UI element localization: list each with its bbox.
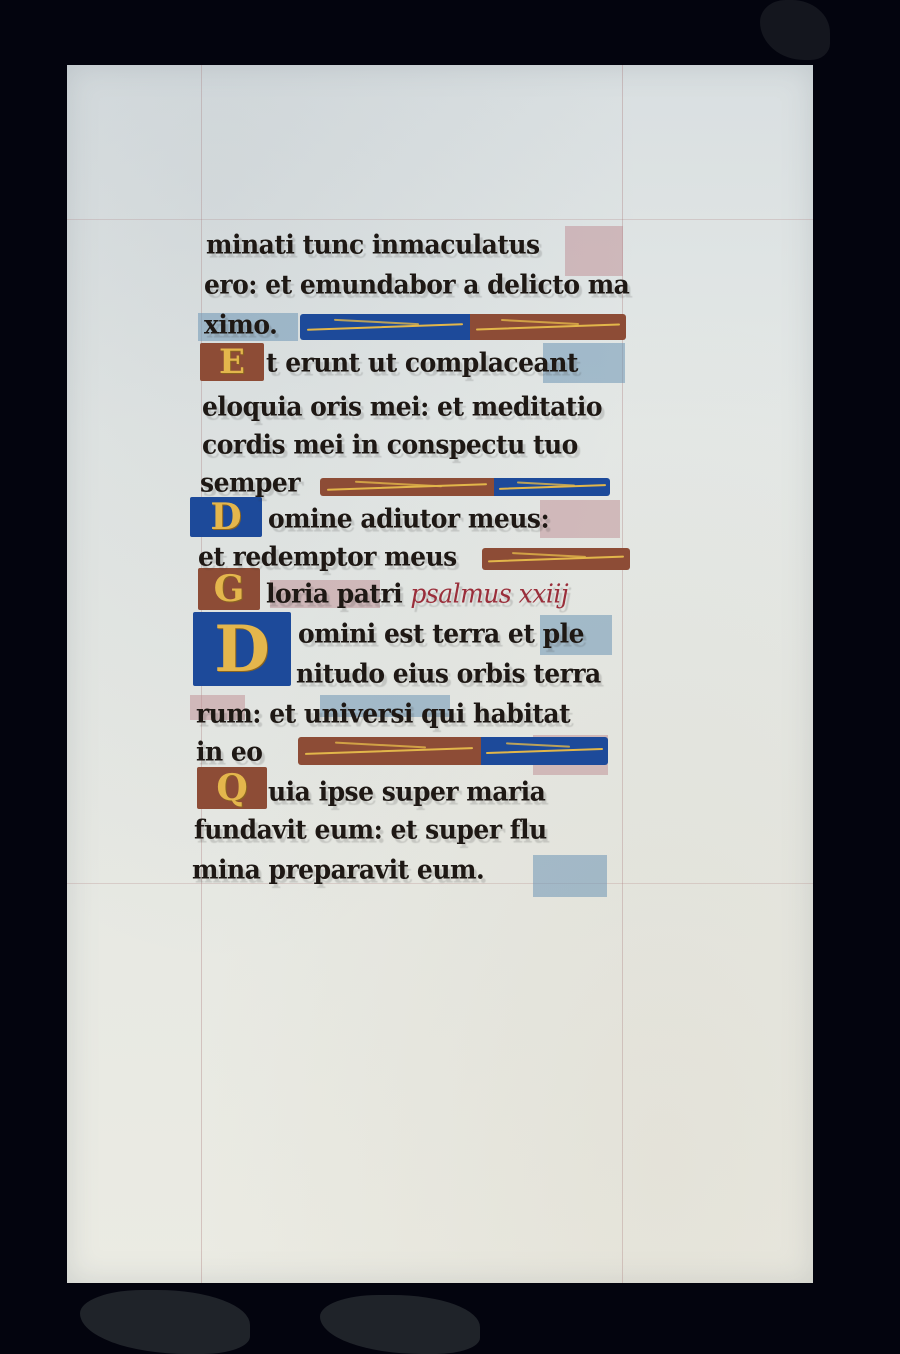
background-stain (760, 0, 830, 60)
text-line: semper (200, 465, 300, 501)
ruling-line (67, 219, 813, 220)
text-line: minati tunc inmaculatus (206, 227, 540, 263)
text-line: ero: et emundabor a delicto ma (204, 267, 629, 303)
illuminated-initial-e: E (200, 343, 264, 381)
text-line: et redemptor meus (198, 539, 457, 575)
line-filler (300, 314, 626, 340)
text-line: fundavit eum: et super flu (194, 812, 547, 848)
text-line: rum: et universi qui habitat (196, 696, 570, 732)
illuminated-initial-d-large: D (193, 612, 291, 686)
line-filler (320, 478, 610, 496)
text-line: eloquia oris mei: et meditatio (202, 389, 602, 425)
text-line: cordis mei in conspectu tuo (202, 427, 578, 463)
text-line: loria patri psalmus xxiij (266, 576, 568, 612)
illuminated-initial-d: D (190, 497, 262, 537)
line-end-tint (540, 500, 620, 538)
rubric-psalm-heading: psalmus xxiij (410, 578, 568, 608)
text-line: uia ipse super maria (268, 774, 545, 810)
text-line: omini est terra et ple (298, 616, 584, 652)
text-line: omine adiutor meus: (268, 501, 549, 537)
text-line: mina preparavit eum. (192, 852, 484, 888)
text-line: ximo. (204, 307, 277, 343)
background-stain (80, 1290, 250, 1354)
line-end-tint (533, 855, 607, 897)
text-line: nitudo eius orbis terra (296, 656, 601, 692)
line-filler (298, 737, 608, 765)
text-line: in eo (196, 734, 262, 770)
text-fragment: loria patri (266, 578, 402, 608)
text-line: t erunt ut complaceant (266, 345, 578, 381)
background-stain (320, 1295, 480, 1354)
line-filler (482, 548, 630, 570)
illuminated-initial-q: Q (197, 767, 267, 809)
